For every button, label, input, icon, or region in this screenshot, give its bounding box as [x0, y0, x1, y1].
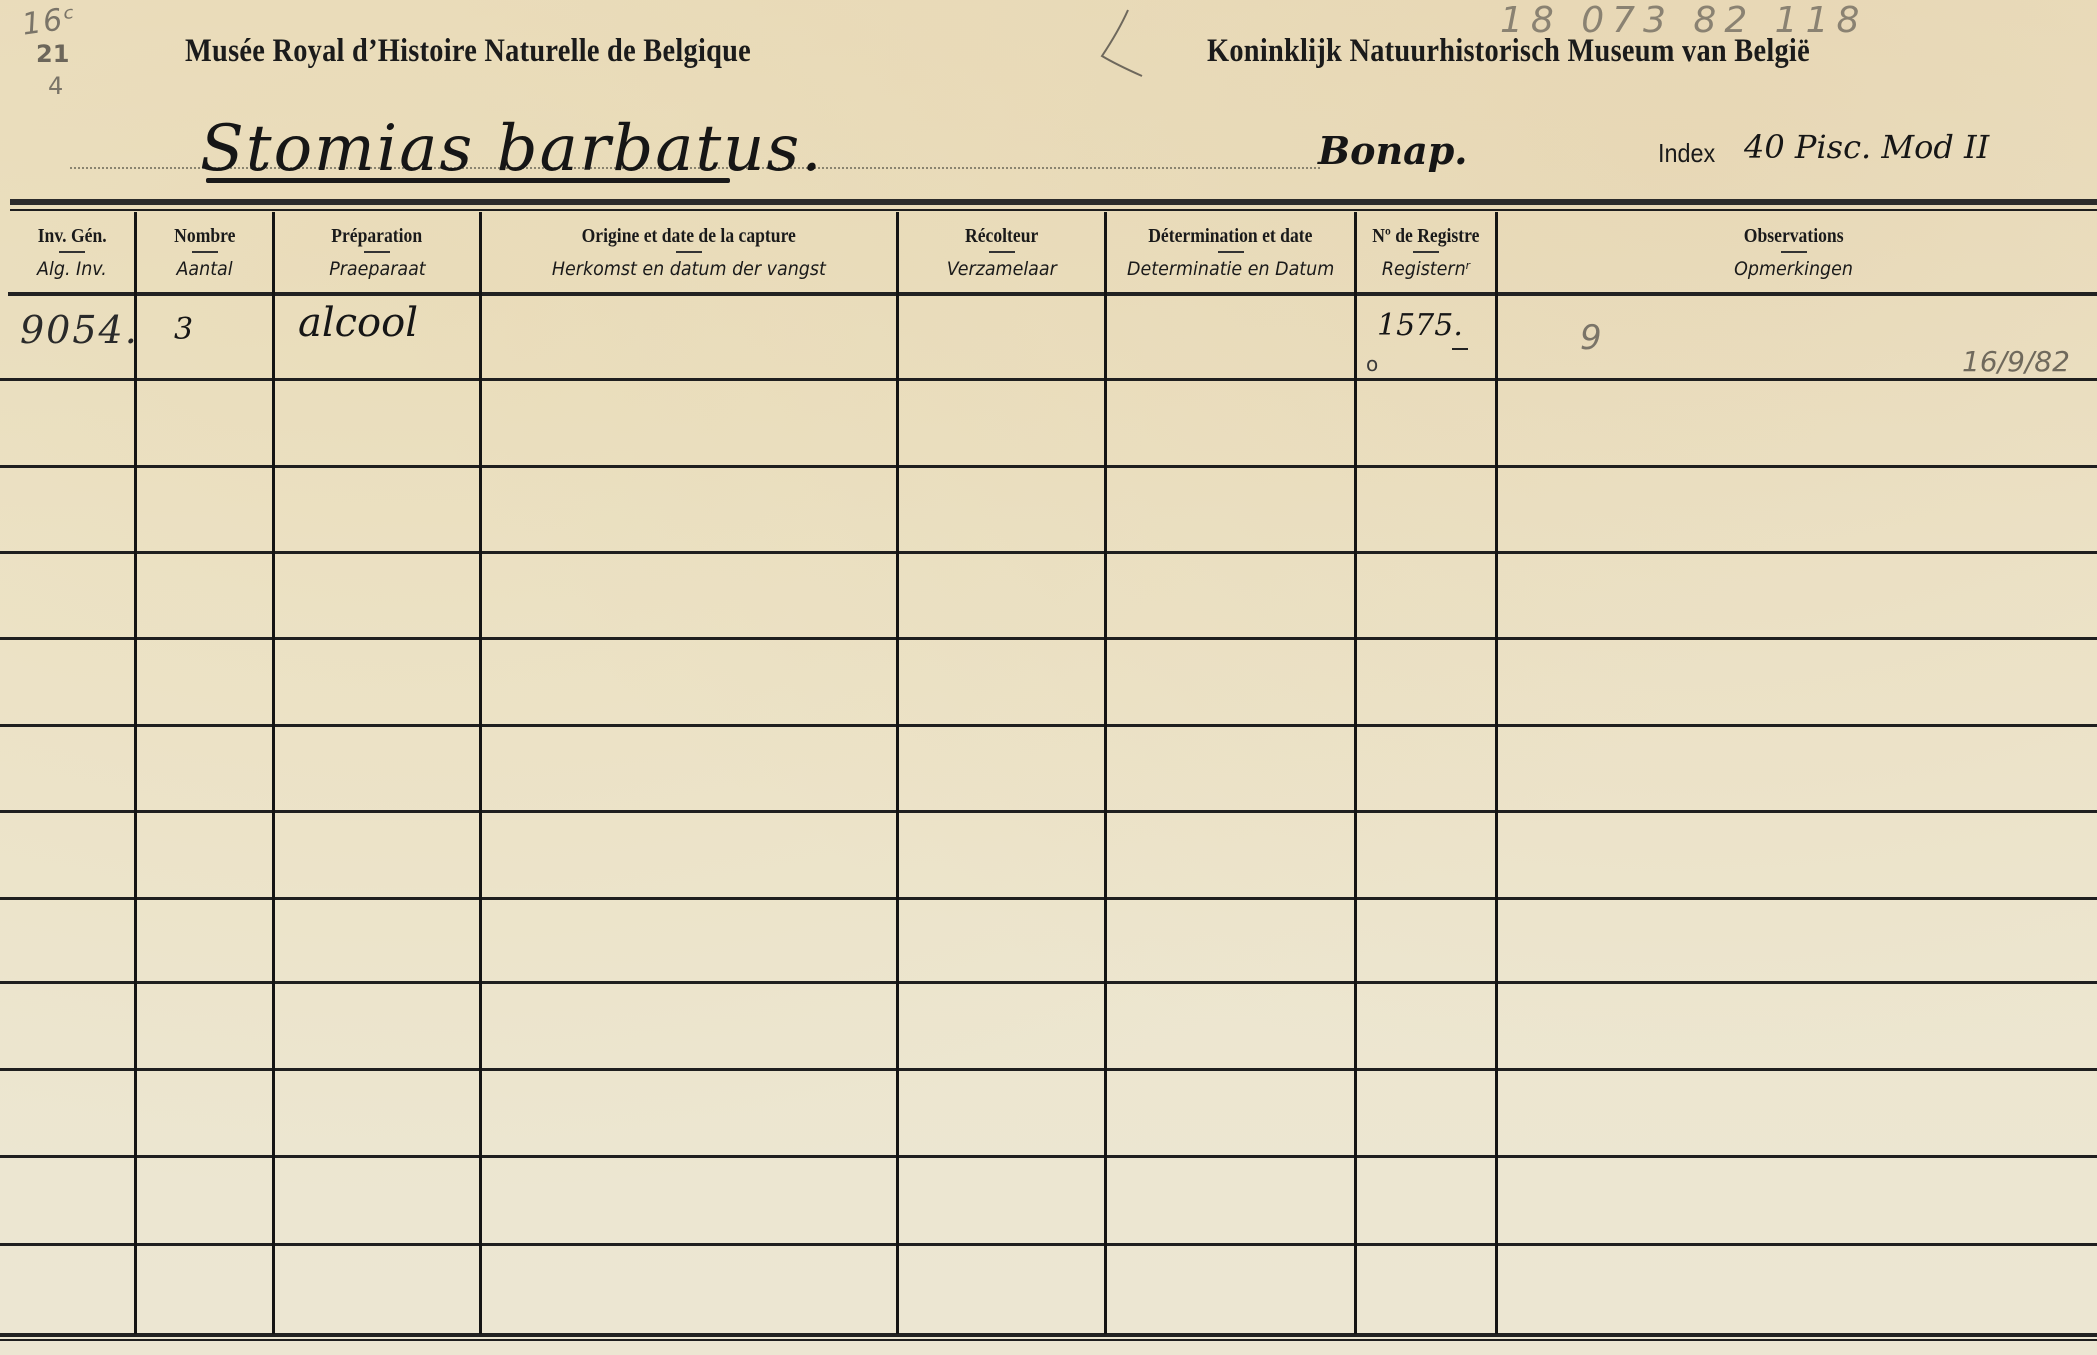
table-row	[12, 640, 2097, 724]
column-header-fr: Origine et date de la capture	[582, 224, 796, 248]
index-value: 40 Pisc. Mod II	[1744, 128, 1989, 166]
header-divider	[1781, 251, 1807, 253]
column-header-nl: Registernʳ	[1382, 258, 1470, 280]
column-header-fr: Nº de Registre	[1372, 224, 1479, 248]
table-bottom-rule	[0, 1333, 2097, 1337]
table-bottom-rule-thin	[0, 1339, 2097, 1341]
column-header-fr: Détermination et date	[1148, 224, 1312, 248]
pencil-check-icon	[1098, 8, 1144, 78]
column-header-nl: Herkomst en datum der vangst	[552, 258, 826, 280]
species-author: Bonap.	[1318, 128, 1468, 173]
column-header-nl: Praeparaat	[329, 258, 425, 280]
column-header-determination: Détermination et date Determinatie en Da…	[1107, 212, 1354, 292]
species-name: Stomias barbatus.	[200, 112, 824, 186]
column-header-fr: Nombre	[174, 224, 235, 248]
table-top-rule-thin	[10, 209, 2097, 211]
column-header-nl: Determinatie en Datum	[1127, 258, 1334, 280]
table-row	[12, 1158, 2097, 1243]
column-header-origin: Origine et date de la capture Herkomst e…	[482, 212, 896, 292]
header-divider	[1413, 251, 1439, 253]
pencil-note-number: 21	[36, 40, 69, 68]
table-row	[12, 813, 2097, 897]
column-header-nl: Opmerkingen	[1735, 258, 1854, 280]
column-header-nl: Verzamelaar	[946, 258, 1056, 280]
column-header-preparation: Préparation Praeparaat	[275, 212, 479, 292]
column-header-nl: Alg. Inv.	[37, 258, 107, 280]
column-header-fr: Récolteur	[965, 224, 1038, 248]
header-divider	[192, 251, 218, 253]
table-row	[12, 554, 2097, 637]
column-header-collector: Récolteur Verzamelaar	[899, 212, 1104, 292]
column-header-nl: Aantal	[176, 258, 232, 280]
header-divider	[59, 251, 85, 253]
table-row	[12, 984, 2097, 1068]
column-header-fr: Observations	[1744, 224, 1844, 248]
header-divider	[1218, 251, 1244, 253]
column-header-observations: Observations Opmerkingen	[1498, 212, 2090, 292]
header-divider	[676, 251, 702, 253]
column-header-fr: Préparation	[332, 224, 423, 248]
header-divider	[364, 251, 390, 253]
table-top-rule-thick	[10, 199, 2097, 205]
table-row	[12, 468, 2097, 551]
table-row	[12, 1246, 2097, 1333]
species-underline	[206, 178, 730, 183]
museum-title-dutch: Koninklijk Natuurhistorisch Museum van B…	[1207, 33, 1810, 70]
column-header-fr: Inv. Gén.	[38, 224, 107, 248]
museum-title-french: Musée Royal d’Histoire Naturelle de Belg…	[185, 33, 751, 70]
index-label: Index	[1658, 138, 1715, 169]
column-header-inv: Inv. Gén. Alg. Inv.	[10, 212, 134, 292]
pencil-note-sub: 4	[48, 72, 63, 100]
table-row	[12, 900, 2097, 981]
column-header-count: Nombre Aantal	[137, 212, 272, 292]
column-header-register: Nº de Registre Registernʳ	[1357, 212, 1495, 292]
table-row	[12, 727, 2097, 810]
table-row	[12, 1071, 2097, 1155]
table-row	[12, 295, 2097, 378]
table-row	[12, 381, 2097, 465]
header-divider	[989, 251, 1015, 253]
